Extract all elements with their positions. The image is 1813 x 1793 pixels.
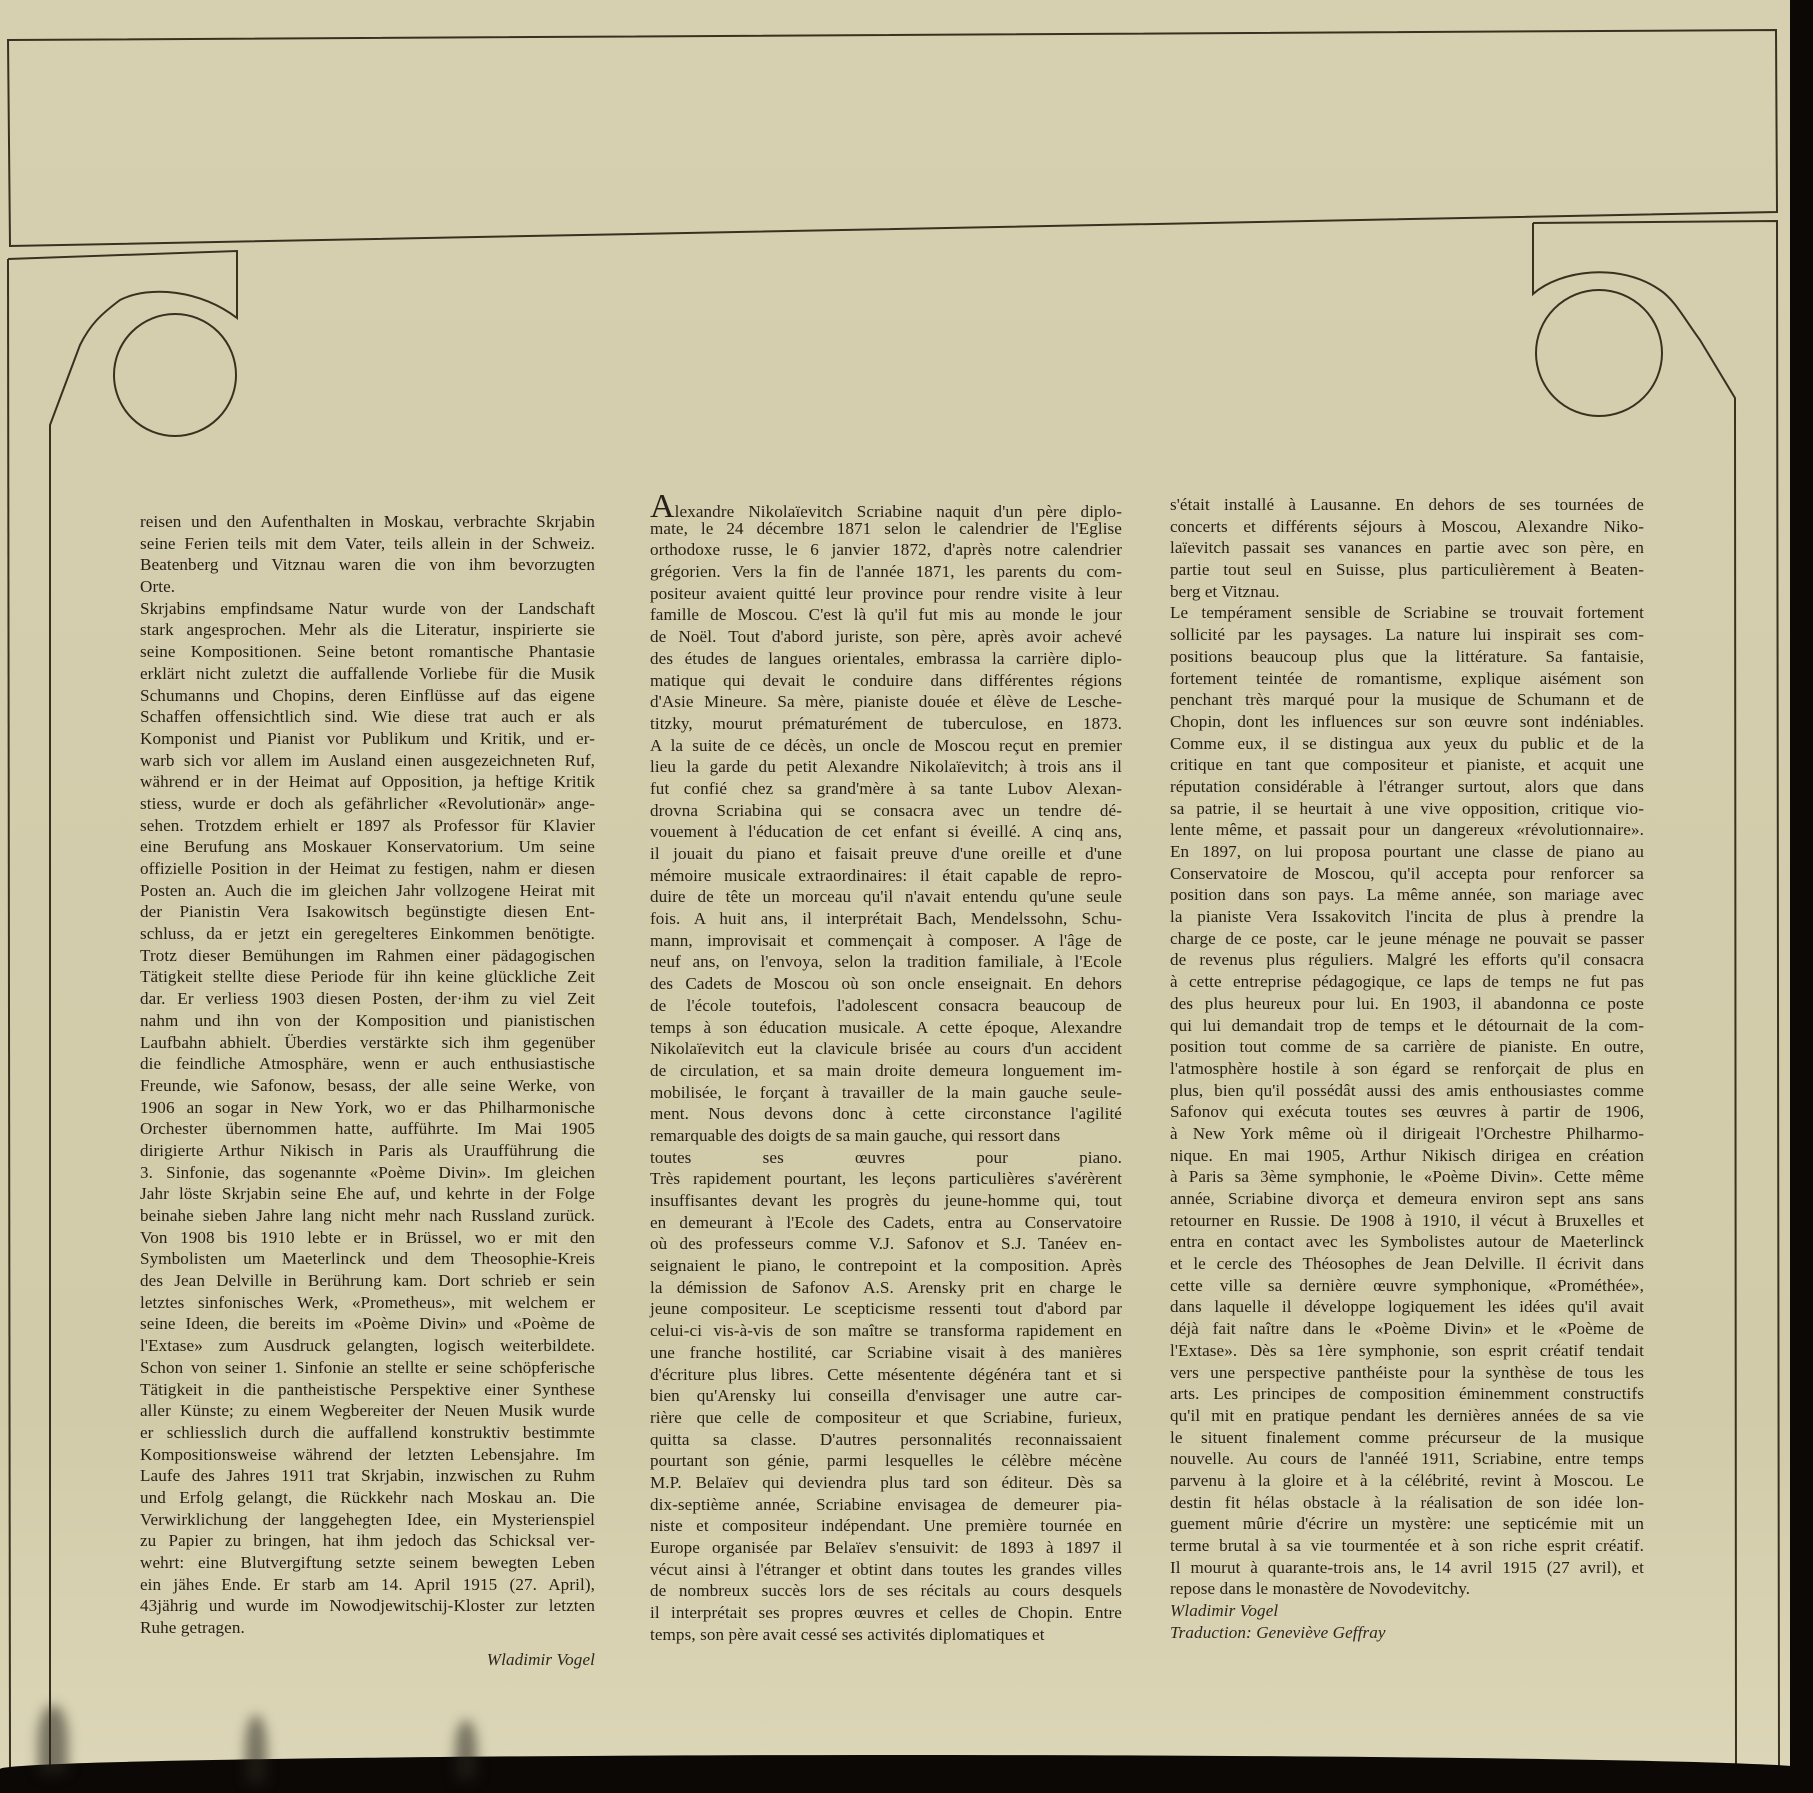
text-line: stark angesprochen. Mehr als die Literat…	[140, 619, 595, 641]
text-line: 1906 an sogar in New York, wo er das Phi…	[140, 1097, 595, 1119]
text-line: mate, le 24 décembre 1871 selon le calen…	[650, 518, 1122, 540]
text-line: toutes ses œuvres pour piano.	[650, 1147, 1122, 1169]
text-line: niste et compositeur indépendant. Une pr…	[650, 1515, 1122, 1537]
text-line: neuf ans, on l'envoya, selon la traditio…	[650, 951, 1122, 973]
text-line: de l'école toutefois, l'adolescent consa…	[650, 995, 1122, 1017]
text-line: positeur avaient quitté leur province po…	[650, 583, 1122, 605]
text-line: 3. Sinfonie, das sogenannte «Poème Divin…	[140, 1162, 595, 1184]
text-line: année, Scriabine divorça et demeura envi…	[1170, 1188, 1644, 1210]
text-line: Europe organisée par Belaïev s'ensuivit:…	[650, 1537, 1122, 1559]
text-line: lente même, et passait pour un dangereux…	[1170, 819, 1644, 841]
text-line: laïevitch passait ses vanances en partie…	[1170, 537, 1644, 559]
text-line: rière que celle de compositeur et que Sc…	[650, 1407, 1122, 1429]
text-line: nouvelle. Au cours de l'annéé 1911, Scri…	[1170, 1448, 1644, 1470]
text-line: à New York même où il dirigeait l'Orches…	[1170, 1123, 1644, 1145]
text-line: Verwirklichung der langgehegten Idee, ei…	[140, 1509, 595, 1531]
text-line: Symbolisten um Maeterlinck und dem Theos…	[140, 1248, 595, 1270]
text-line: partie tout seul en Suisse, plus particu…	[1170, 559, 1644, 581]
text-line: matique qui devait le conduire dans diff…	[650, 670, 1122, 692]
text-line: Alexandre Nikolaïevitch Scriabine naquit…	[650, 496, 1122, 518]
text-line: Komponist und Pianist vor Publikum und K…	[140, 728, 595, 750]
text-line: Kompositionsweise während der letzten Le…	[140, 1444, 595, 1466]
text-line: parvenu à la gloire et à la célébrité, r…	[1170, 1470, 1644, 1492]
text-line: Le tempérament sensible de Scriabine se …	[1170, 602, 1644, 624]
text-line: qu'il mit en pratique pendant les derniè…	[1170, 1405, 1644, 1427]
text-line: lieu la garde du petit Alexandre Nikolaï…	[650, 756, 1122, 778]
text-line: mann, improvisait et commençait à compos…	[650, 930, 1122, 952]
record-sleeve: reisen und den Aufenthalten in Moskau, v…	[0, 0, 1790, 1770]
text-line: Nikolaïevitch eut la clavicule brisée au…	[650, 1038, 1122, 1060]
clip-shadow-center	[245, 1715, 267, 1785]
text-line: Freunde, wie Safonow, besass, der alle s…	[140, 1075, 595, 1097]
text-line: où des professeurs comme V.J. Safonov et…	[650, 1233, 1122, 1255]
text-line: Orchester übernommen hatte, aufführte. I…	[140, 1118, 595, 1140]
text-line: arts. Les principes de composition émine…	[1170, 1383, 1644, 1405]
text-line: Safonov qui exécuta toutes ses œuvres à …	[1170, 1101, 1644, 1123]
text-line: déjà fait naître dans le «Poème Divin» e…	[1170, 1318, 1644, 1340]
text-line: orthodoxe russe, le 6 janvier 1872, d'ap…	[650, 539, 1122, 561]
text-line: remarquable des doigts de sa main gauche…	[650, 1125, 1122, 1147]
text-line: jeune compositeur. Le scepticisme ressen…	[650, 1298, 1122, 1320]
text-line: offizielle Position in der Heimat zu fes…	[140, 858, 595, 880]
author-signature: Wladimir Vogel	[1170, 1600, 1644, 1622]
text-line: ment. Nous devons donc à cette circonsta…	[650, 1103, 1122, 1125]
text-line: die feindliche Atmosphäre, wenn er auch …	[140, 1053, 595, 1075]
text-line: M.P. Belaïev qui deviendra plus tard son…	[650, 1472, 1122, 1494]
text-line: Laufbahn abhielt. Überdies verstärkte si…	[140, 1032, 595, 1054]
text-line: des plus heureux pour lui. En 1903, il a…	[1170, 993, 1644, 1015]
text-line: fois. A huit ans, il interprétait Bach, …	[650, 908, 1122, 930]
text-line: sollicité par les paysages. La nature lu…	[1170, 624, 1644, 646]
sleeve-bottom-edge	[0, 1755, 1813, 1793]
text-line: de nombreux succès lors de ses récitals …	[650, 1580, 1122, 1602]
text-line: entra en contact avec les Symbolistes au…	[1170, 1231, 1644, 1253]
text-line: reisen und den Aufenthalten in Moskau, v…	[140, 511, 595, 533]
text-line: duire de tête un morceau qu'il n'avait e…	[650, 886, 1122, 908]
text-line: la pianiste Vera Issakovitch l'incita de…	[1170, 906, 1644, 928]
text-line: ein jähes Ende. Er starb am 14. April 19…	[140, 1574, 595, 1596]
text-line: cette ville sa dernière œuvre symphoniqu…	[1170, 1275, 1644, 1297]
text-line: Comme eux, il se distingua aux yeux du p…	[1170, 733, 1644, 755]
text-line: bien qu'Arensky lui conseilla d'envisage…	[650, 1385, 1122, 1407]
text-line: Schon von seiner 1. Sinfonie an stellte …	[140, 1357, 595, 1379]
clip-shadow-right	[455, 1720, 477, 1780]
text-line: Ruhe getragen.	[140, 1617, 595, 1639]
text-line: guement mûrie d'écrire un mystère: une s…	[1170, 1513, 1644, 1535]
text-line: seignaient le piano, le contrepoint et l…	[650, 1255, 1122, 1277]
text-line: seine Kompositionen. Seine betont romant…	[140, 641, 595, 663]
text-line: penchant très marqué pour la musique de …	[1170, 689, 1644, 711]
text-line: de Noël. Tout d'abord juriste, son père,…	[650, 626, 1122, 648]
text-line: der Pianistin Vera Isakowitsch begünstig…	[140, 901, 595, 923]
text-line: seine Ideen, die bereits im «Poème Divin…	[140, 1313, 595, 1335]
text-line: fut confié chez sa grand'mère à sa tante…	[650, 778, 1122, 800]
text-line: temps à son éducation musicale. A cette …	[650, 1017, 1122, 1039]
text-line: Jahr löste Skrjabin seine Ehe auf, und k…	[140, 1183, 595, 1205]
text-line: beinahe sieben Jahre lang nicht mehr nac…	[140, 1205, 595, 1227]
text-line: des Cadets de Moscou où son oncle enseig…	[650, 973, 1122, 995]
text-line: destin fit hélas obstacle à la réalisati…	[1170, 1492, 1644, 1514]
text-line: Tätigkeit in die pantheistische Perspekt…	[140, 1379, 595, 1401]
text-line: fortement teintée de romantisme, expliqu…	[1170, 668, 1644, 690]
text-line: Skrjabins empfindsame Natur wurde von de…	[140, 598, 595, 620]
text-line: la démission de Safonov A.S. Arensky pri…	[650, 1277, 1122, 1299]
text-line: während er in der Heimat auf Opposition,…	[140, 771, 595, 793]
text-line: dirigierte Arthur Nikisch in Paris als U…	[140, 1140, 595, 1162]
text-line: à Paris sa 3ème symphonie, le «Poème Div…	[1170, 1166, 1644, 1188]
text-line: position dans son pays. La même année, s…	[1170, 884, 1644, 906]
text-line: Posten an. Auch die im gleichen Jahr vol…	[140, 880, 595, 902]
text-line: il interprétait ses propres œuvres et ce…	[650, 1602, 1122, 1624]
text-line: schluss, da er jetzt ein geregelteres Ei…	[140, 923, 595, 945]
text-line: vers une perspective panthéiste pour la …	[1170, 1362, 1644, 1384]
text-line: Chopin, dont les influences sur son œuvr…	[1170, 711, 1644, 733]
text-line: famille de Moscou. C'est là qu'il fut mi…	[650, 604, 1122, 626]
left-circle-ornament	[114, 314, 236, 436]
text-line: nique. En mai 1905, Arthur Nikisch dirig…	[1170, 1145, 1644, 1167]
text-line: Trotz dieser Bemühungen im Rahmen einer …	[140, 945, 595, 967]
text-line: et le cercle des Théosophes de Jean Delv…	[1170, 1253, 1644, 1275]
text-line: drovna Scriabina qui se consacra avec un…	[650, 800, 1122, 822]
top-panel-outline	[8, 30, 1777, 246]
text-line: mémoire musicale extraordinaires: il éta…	[650, 865, 1122, 887]
text-line: plus, bien qu'il possédât aussi des amis…	[1170, 1080, 1644, 1102]
text-line: positions beaucoup plus que la littératu…	[1170, 646, 1644, 668]
text-line: dix-septième année, Scriabine envisagea …	[650, 1494, 1122, 1516]
text-line: wehrt: eine Blutvergiftung setzte seinem…	[140, 1552, 595, 1574]
text-line: concerts et différents séjours à Moscou,…	[1170, 516, 1644, 538]
column-french-1: Alexandre Nikolaïevitch Scriabine naquit…	[650, 496, 1122, 1645]
text-line: sehen. Trotzdem erhielt er 1897 als Prof…	[140, 815, 595, 837]
text-line: Beatenberg und Vitznau waren die von ihm…	[140, 554, 595, 576]
text-line: En 1897, on lui proposa pourtant une cla…	[1170, 841, 1644, 863]
text-line: celui-ci vis-à-vis de son maître se tran…	[650, 1320, 1122, 1342]
text-line: Von 1908 bis 1910 lebte er in Brüssel, w…	[140, 1227, 595, 1249]
text-line: repose dans le monastère de Novodevitchy…	[1170, 1578, 1644, 1600]
translation-credit: Traduction: Geneviève Geffray	[1170, 1622, 1644, 1644]
text-line: letztes sinfonisches Werk, «Prometheus»,…	[140, 1292, 595, 1314]
text-line: à cette entreprise pédagogique, ce laps …	[1170, 971, 1644, 993]
text-line: s'était installé à Lausanne. En dehors d…	[1170, 494, 1644, 516]
text-line: des Jean Delville in Berührung kam. Dort…	[140, 1270, 595, 1292]
text-line: seine Ferien teils mit dem Vater, teils …	[140, 533, 595, 555]
text-line: warb sich vor allem im Ausland einen aus…	[140, 750, 595, 772]
text-line: vécut ainsi à l'étranger et obtint dans …	[650, 1559, 1122, 1581]
text-line: 43jährig und wurde im Nowodjewitschij-Kl…	[140, 1595, 595, 1617]
text-line: dar. Er verliess 1903 diesen Posten, der…	[140, 988, 595, 1010]
text-line: de revenus plus réguliers. Malgré les ef…	[1170, 949, 1644, 971]
text-line: terme brutal à sa vie tourmentée et à so…	[1170, 1535, 1644, 1557]
text-line: d'écriture plus libres. Cette mésentente…	[650, 1364, 1122, 1386]
text-line: qui lui demandait trop de temps et le dé…	[1170, 1015, 1644, 1037]
text-line: position tout comme de sa carrière de pi…	[1170, 1036, 1644, 1058]
text-line: Très rapidement pourtant, les leçons par…	[650, 1168, 1122, 1190]
text-line: critique en tant que compositeur et pian…	[1170, 754, 1644, 776]
text-line: temps, son père avait cessé ses activité…	[650, 1624, 1122, 1646]
text-line: und Erfolg gelangt, die Rückkehr nach Mo…	[140, 1487, 595, 1509]
text-line: sa patrie, il se heurtait à une vive opp…	[1170, 798, 1644, 820]
column-french-2: s'était installé à Lausanne. En dehors d…	[1170, 494, 1644, 1643]
text-line: une franche hostilité, car Scriabine vis…	[650, 1342, 1122, 1364]
text-line: Laufe des Jahres 1911 trat Skrjabin, inz…	[140, 1465, 595, 1487]
text-line: Il mourut à quarante-trois ans, le 14 av…	[1170, 1557, 1644, 1579]
text-line: réputation considérable à l'étranger sur…	[1170, 776, 1644, 798]
text-line: grégorien. Vers la fin de l'année 1871, …	[650, 561, 1122, 583]
text-line: dans laquelle il développe logiquement l…	[1170, 1296, 1644, 1318]
text-line: insuffisantes devant les progrès du jeun…	[650, 1190, 1122, 1212]
author-signature: Wladimir Vogel	[140, 1639, 595, 1681]
text-line: er schliesslich durch die auffallend kon…	[140, 1422, 595, 1444]
clip-shadow-left	[38, 1705, 68, 1775]
text-line: l'Extase». Dès sa 1ère symphonie, son es…	[1170, 1340, 1644, 1362]
text-line: Tätigkeit stellte diese Periode für ihn …	[140, 966, 595, 988]
text-line: il jouait du piano et faisait preuve d'u…	[650, 843, 1122, 865]
text-line: d'Asie Mineure. Sa mère, pianiste douée …	[650, 691, 1122, 713]
text-line: mobilisée, le forçant à travailler de la…	[650, 1082, 1122, 1104]
text-line: pourtant son génie, parmi lesquelles le …	[650, 1450, 1122, 1472]
text-line: Conservatoire de Moscou, qu'il accepta p…	[1170, 863, 1644, 885]
text-line: eine Berufung ans Moskauer Konservatoriu…	[140, 836, 595, 858]
text-line: quitta sa classe. D'autres personnalités…	[650, 1429, 1122, 1451]
text-line: zu Papier zu bringen, hat ihm jedoch das…	[140, 1530, 595, 1552]
text-line: berg et Vitznau.	[1170, 581, 1644, 603]
text-line: Orte.	[140, 576, 595, 598]
text-line: de circulation, et sa main droite demeur…	[650, 1060, 1122, 1082]
column-german: reisen und den Aufenthalten in Moskau, v…	[140, 511, 595, 1681]
text-line: Schaffen offensichtlich sind. Wie diese …	[140, 706, 595, 728]
text-line: l'atmosphère hostile à son égard se renf…	[1170, 1058, 1644, 1080]
text-line: vouement à l'éducation de cet enfant si …	[650, 821, 1122, 843]
text-line: charge de ce poste, car le jeune ménage …	[1170, 928, 1644, 950]
text-line: stiess, wurde er doch als gefährlicher «…	[140, 793, 595, 815]
text-line: retourner en Russie. De 1908 à 1910, il …	[1170, 1210, 1644, 1232]
right-circle-ornament	[1536, 290, 1662, 416]
text-line: aller Künste; zu einem Wegbereiter der N…	[140, 1400, 595, 1422]
text-line: le situent finalement comme précurseur d…	[1170, 1427, 1644, 1449]
text-line: l'Extase» zum Ausdruck gelangten, logisc…	[140, 1335, 595, 1357]
text-line: des études de langues orientales, embras…	[650, 648, 1122, 670]
text-line: A la suite de ce décès, un oncle de Mosc…	[650, 735, 1122, 757]
text-line: Schumanns und Chopins, deren Einflüsse a…	[140, 685, 595, 707]
text-line: nahm und ihn von der Komposition und pia…	[140, 1010, 595, 1032]
text-line: en demeurant à l'Ecole des Cadets, entra…	[650, 1212, 1122, 1234]
text-line: erklärt nicht zuletzt die auffallende Vo…	[140, 663, 595, 685]
text-line: titzky, mourut prématurément de tubercul…	[650, 713, 1122, 735]
